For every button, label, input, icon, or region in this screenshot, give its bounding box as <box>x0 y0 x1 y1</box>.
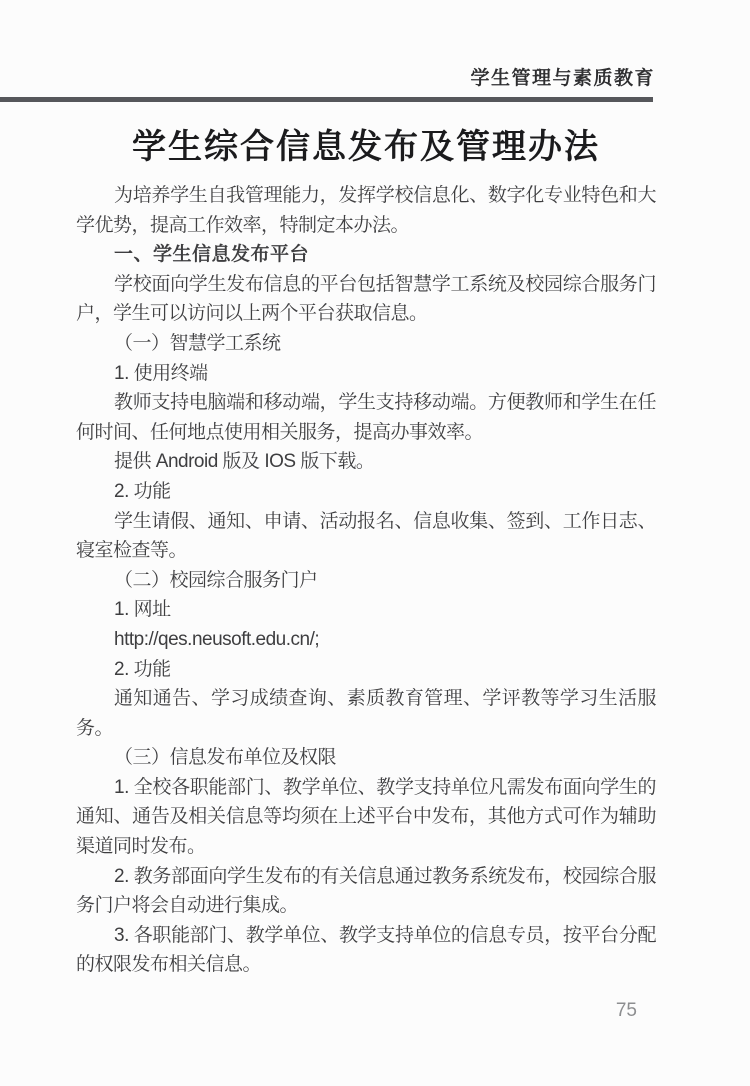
numbered-item: 2. 功能 <box>76 477 656 507</box>
paragraph: 3. 各职能部门、教学单位、教学支持单位的信息专员，按平台分配的权限发布相关信息… <box>76 921 656 980</box>
running-header: 学生管理与素质教育 <box>470 63 655 90</box>
subsection-heading: （三）信息发布单位及权限 <box>76 743 656 773</box>
paragraph: 2. 教务部面向学生发布的有关信息通过教务系统发布，校园综合服务门户将会自动进行… <box>76 862 656 921</box>
numbered-item: 1. 网址 <box>76 595 656 625</box>
paragraph: 通知通告、学习成绩查询、素质教育管理、学评教等学习生活服务。 <box>76 684 656 743</box>
paragraph: 1. 全校各职能部门、教学单位、教学支持单位凡需发布面向学生的通知、通告及相关信… <box>76 773 656 862</box>
subsection-heading: （二）校园综合服务门户 <box>76 566 656 596</box>
numbered-item: 1. 使用终端 <box>76 359 656 389</box>
url-text: http://qes.neusoft.edu.cn/; <box>76 625 656 655</box>
subsection-heading: （一）智慧学工系统 <box>76 329 656 359</box>
paragraph: 教师支持电脑端和移动端，学生支持移动端。方便教师和学生在任何时间、任何地点使用相… <box>76 388 656 447</box>
paragraph: 学校面向学生发布信息的平台包括智慧学工系统及校园综合服务门户，学生可以访问以上两… <box>76 270 656 329</box>
paragraph: 学生请假、通知、申请、活动报名、信息收集、签到、工作日志、寝室检查等。 <box>76 507 656 566</box>
document-page: 学生管理与素质教育 学生综合信息发布及管理办法 为培养学生自我管理能力，发挥学校… <box>0 0 750 1086</box>
document-body: 为培养学生自我管理能力，发挥学校信息化、数字化专业特色和大学优势，提高工作效率，… <box>76 181 656 980</box>
page-number: 75 <box>616 1000 637 1022</box>
header-rule <box>0 97 653 102</box>
section-heading: 一、学生信息发布平台 <box>76 240 656 270</box>
numbered-item: 2. 功能 <box>76 655 656 685</box>
paragraph: 提供 Android 版及 IOS 版下载。 <box>76 447 656 477</box>
page-title: 学生综合信息发布及管理办法 <box>76 119 656 168</box>
paragraph: 为培养学生自我管理能力，发挥学校信息化、数字化专业特色和大学优势，提高工作效率，… <box>76 181 656 240</box>
